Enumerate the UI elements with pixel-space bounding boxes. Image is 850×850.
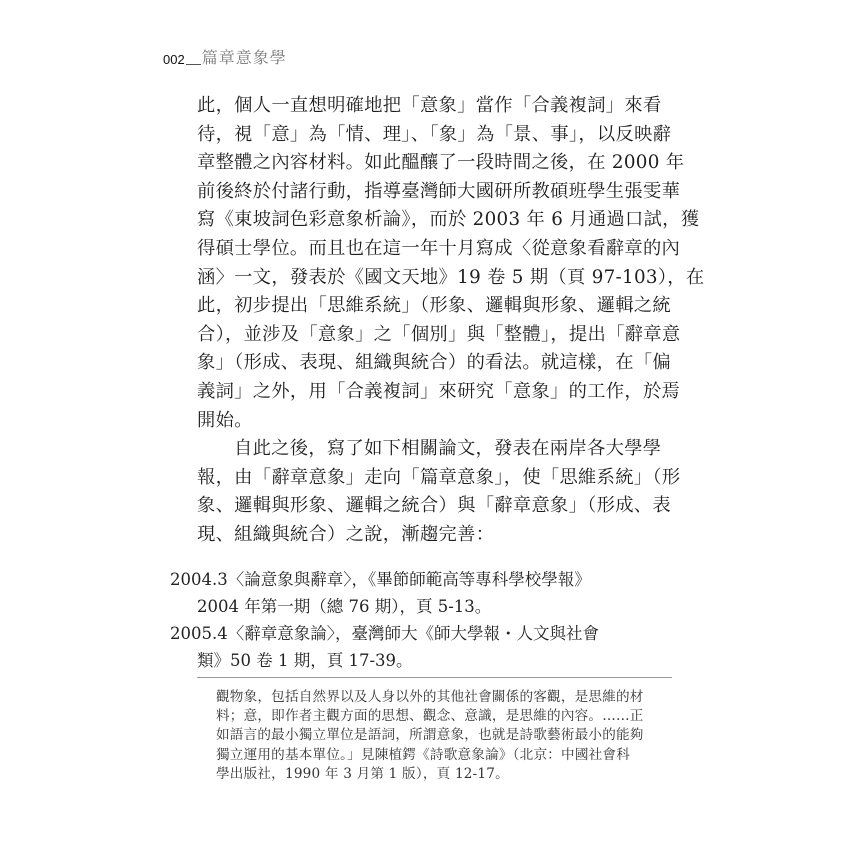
text-line: 章整體之內容材料。如此醞釀了一段時間之後，在 2000 年 bbox=[197, 149, 675, 178]
text-line: 此，初步提出「思維系統」（形象、邏輯與形象、邏輯之統 bbox=[197, 292, 675, 321]
footnote-line: 如語言的最小獨立單位是語詞，所謂意象，也就是詩歌藝術最小的能夠 bbox=[216, 726, 676, 745]
footnote-line: 學出版社，1990 年 3 月第 1 版），頁 12-17。 bbox=[216, 765, 676, 784]
reference-line: 2005.4〈辭章意象論〉，臺灣師大《師大學報・人文與社會 bbox=[170, 620, 670, 647]
page-number: 002 bbox=[163, 52, 185, 68]
text-line: 合），並涉及「意象」之「個別」與「整體」，提出「辭章意 bbox=[197, 321, 675, 350]
footnote-divider bbox=[197, 677, 672, 678]
text-line: 義詞」之外，用「合義複詞」來研究「意象」的工作，於焉 bbox=[197, 378, 675, 407]
footnote-line: 料；意，即作者主觀方面的思想、觀念、意識，是思維的內容。……正 bbox=[216, 707, 676, 726]
reference-line-continued: 類》50 卷 1 期，頁 17-39。 bbox=[170, 647, 670, 674]
text-line: 報，由「辭章意象」走向「篇章意象」，使「思維系統」（形 bbox=[197, 464, 675, 493]
reference-list: 2004.3〈論意象與辭章〉，《畢節師範高等專科學校學報》 2004 年第一期（… bbox=[170, 566, 670, 674]
text-line: 象、邏輯與形象、邏輯之統合）與「辭章意象」（形成、表 bbox=[197, 492, 675, 521]
text-line: 前後終於付諸行動，指導臺灣師大國研所教碩班學生張雯華 bbox=[197, 178, 675, 207]
paragraph-1: 此，個人一直想明確地把「意象」當作「合義複詞」來看 待，視「意」為「情、理」、「… bbox=[197, 92, 675, 435]
reference-line: 2004.3〈論意象與辭章〉，《畢節師範高等專科學校學報》 bbox=[170, 566, 670, 593]
header-divider bbox=[186, 64, 201, 65]
reference-line-continued: 2004 年第一期（總 76 期），頁 5-13。 bbox=[170, 593, 670, 620]
text-line: 涵〉一文，發表於《國文天地》19 卷 5 期（頁 97-103），在 bbox=[197, 264, 675, 293]
text-line: 現、組織與統合）之說，漸趨完善： bbox=[197, 521, 675, 550]
reference-item: 2005.4〈辭章意象論〉，臺灣師大《師大學報・人文與社會 類》50 卷 1 期… bbox=[170, 620, 670, 674]
footnote-line: 觀物象，包括自然界以及人身以外的其他社會關係的客觀，是思維的材 bbox=[216, 688, 676, 707]
text-line: 此，個人一直想明確地把「意象」當作「合義複詞」來看 bbox=[197, 92, 675, 121]
text-line: 開始。 bbox=[197, 407, 675, 436]
text-line: 待，視「意」為「情、理」、「象」為「景、事」，以反映辭 bbox=[197, 121, 675, 150]
text-line: 象」（形成、表現、組織與統合）的看法。就這樣，在「偏 bbox=[197, 349, 675, 378]
paragraph-2: 自此之後，寫了如下相關論文，發表在兩岸各大學學 報，由「辭章意象」走向「篇章意象… bbox=[197, 435, 675, 549]
reference-item: 2004.3〈論意象與辭章〉，《畢節師範高等專科學校學報》 2004 年第一期（… bbox=[170, 566, 670, 620]
footnote: 觀物象，包括自然界以及人身以外的其他社會關係的客觀，是思維的材 料；意，即作者主… bbox=[216, 688, 676, 784]
text-line: 自此之後，寫了如下相關論文，發表在兩岸各大學學 bbox=[197, 435, 675, 464]
page-header: 002 篇章意象學 bbox=[163, 44, 287, 68]
running-title: 篇章意象學 bbox=[202, 48, 287, 68]
main-body: 此，個人一直想明確地把「意象」當作「合義複詞」來看 待，視「意」為「情、理」、「… bbox=[197, 92, 675, 550]
text-line: 寫《東坡詞色彩意象析論》，而於 2003 年 6 月通過口試，獲 bbox=[197, 206, 675, 235]
text-line: 得碩士學位。而且也在這一年十月寫成〈從意象看辭章的內 bbox=[197, 235, 675, 264]
footnote-line: 獨立運用的基本單位。」見陳植鍔《詩歌意象論》（北京：中國社會科 bbox=[216, 746, 676, 765]
